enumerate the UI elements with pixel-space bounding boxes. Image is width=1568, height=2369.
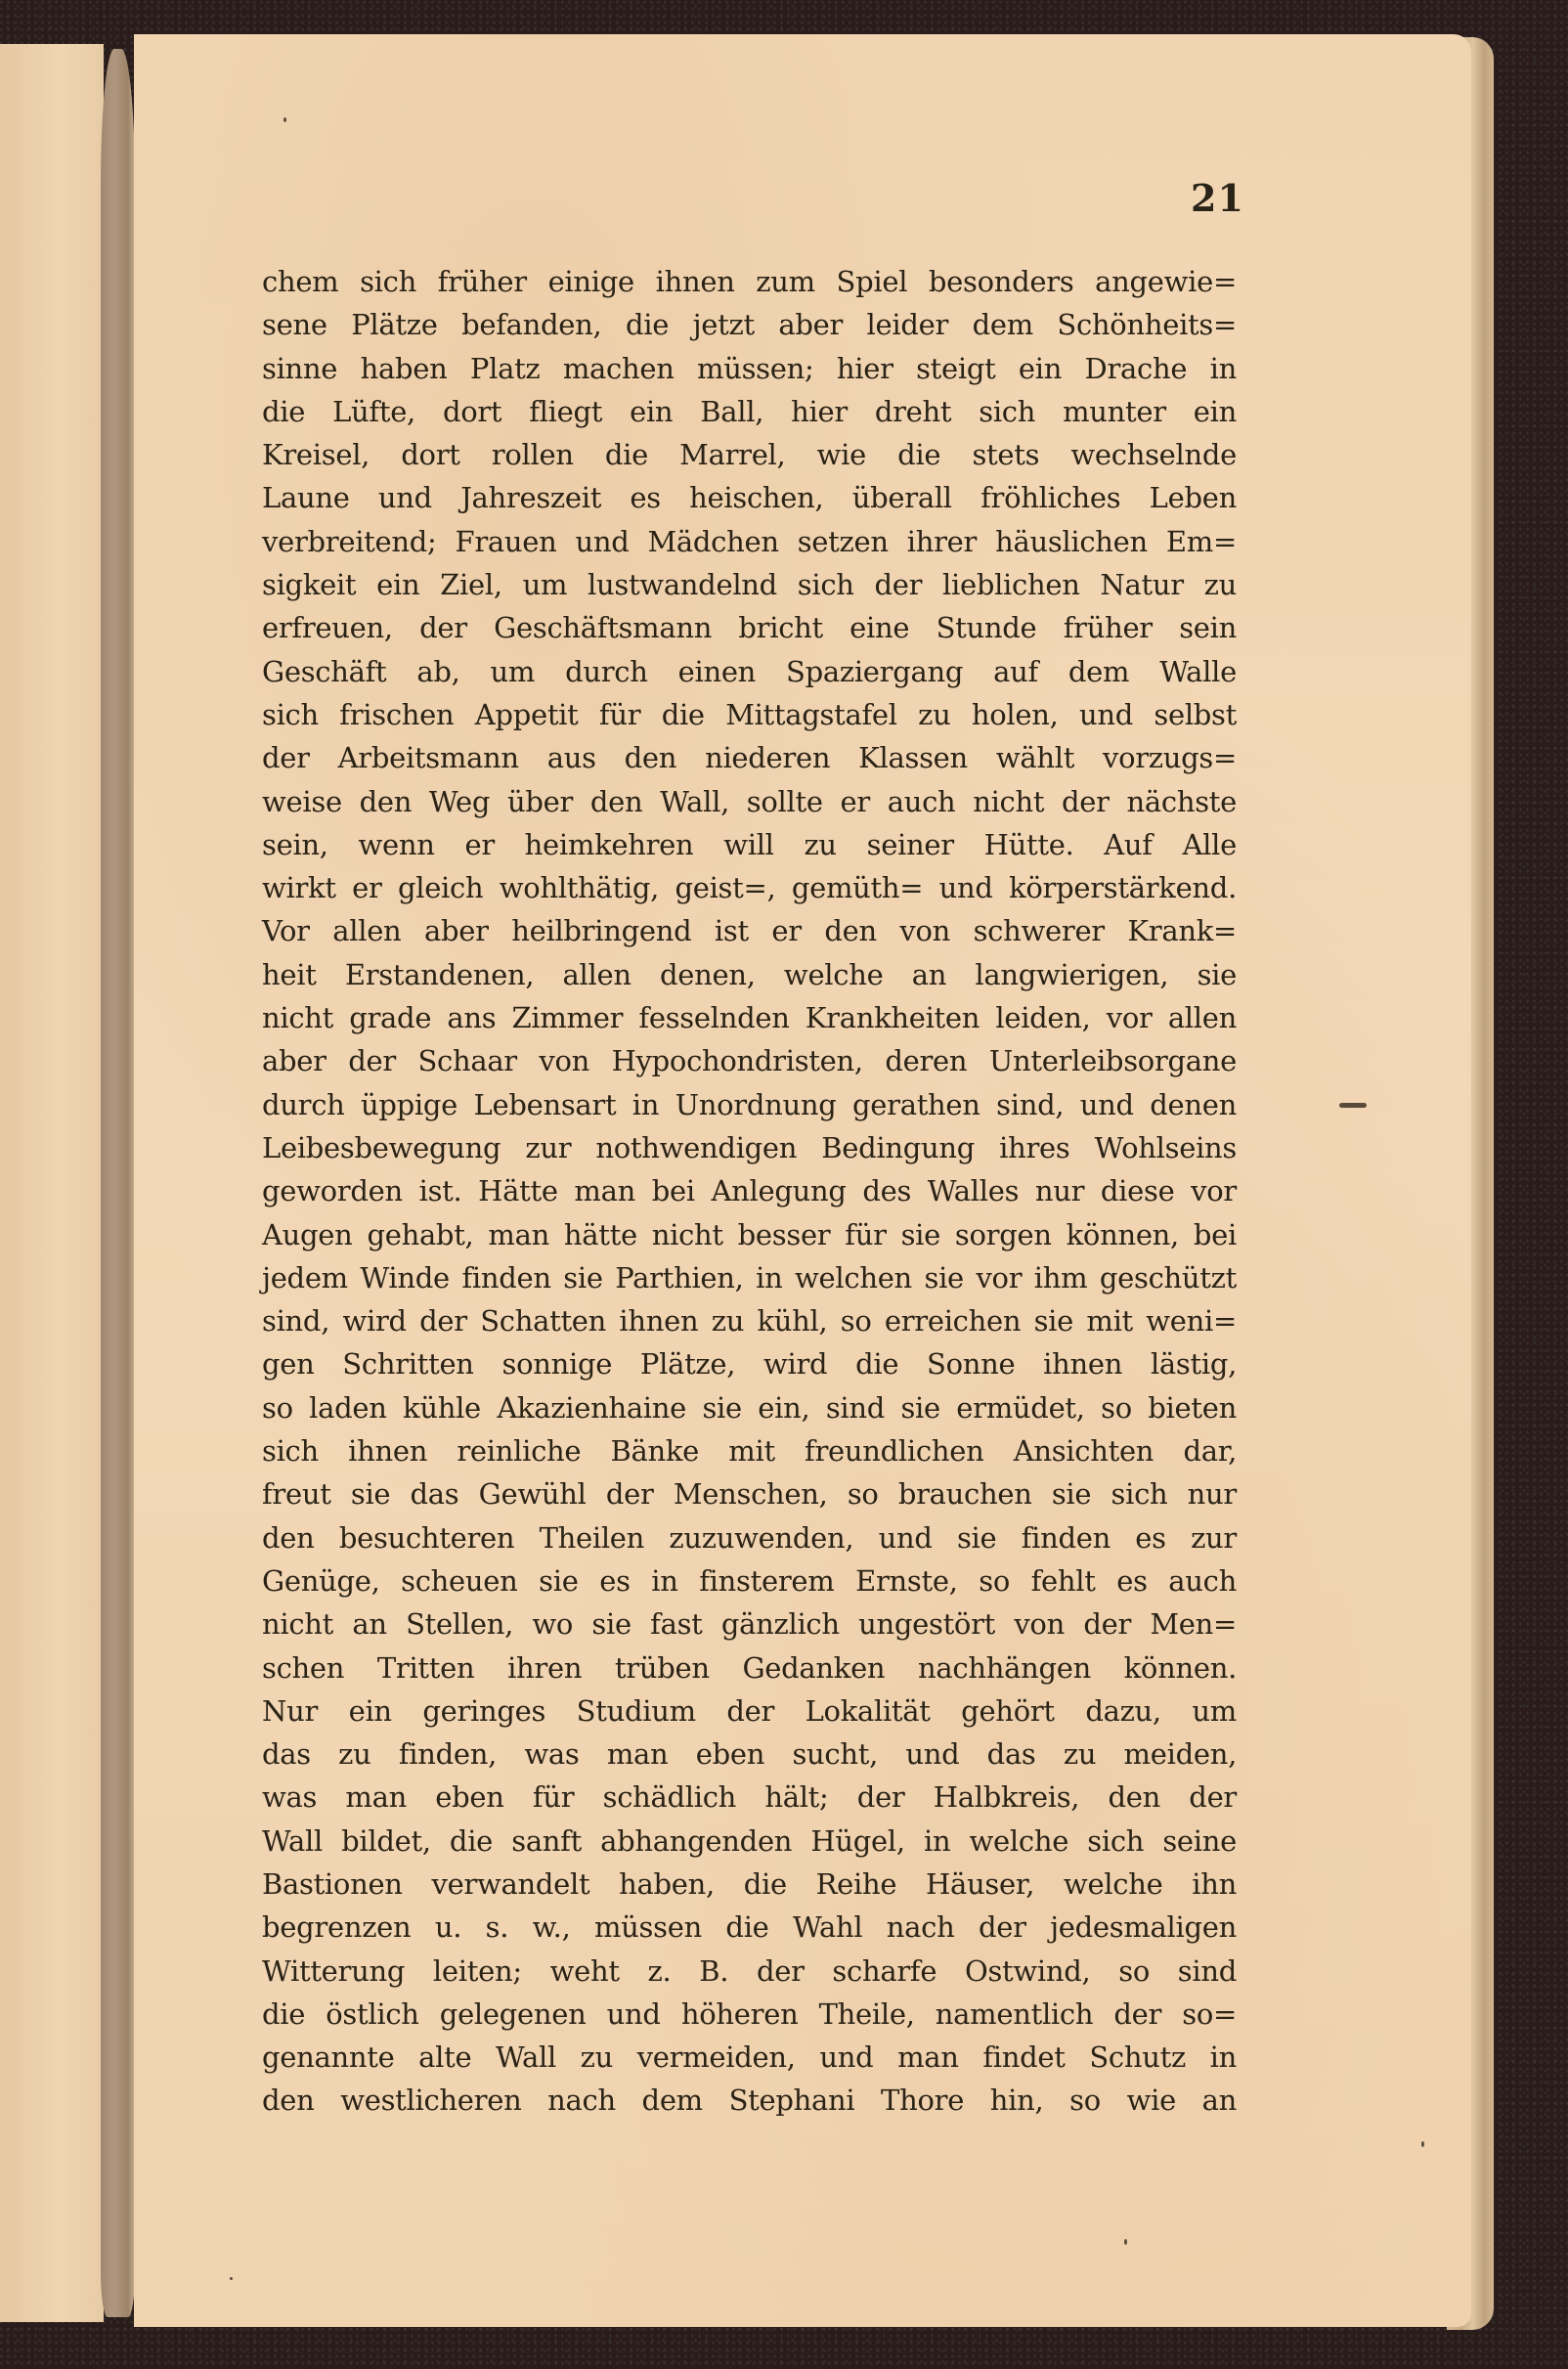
text-line: den westlicheren nach dem Stephani Thore… xyxy=(262,2079,1237,2122)
text-line: sich frischen Appetit für die Mittagstaf… xyxy=(262,693,1237,736)
text-line: was man eben für schädlich hält; der Hal… xyxy=(262,1776,1237,1819)
text-line: sinne haben Platz machen müssen; hier st… xyxy=(262,347,1237,390)
text-line: Nur ein geringes Studium der Lokalität g… xyxy=(262,1689,1237,1733)
text-line: das zu finden, was man eben sucht, und d… xyxy=(262,1733,1237,1776)
text-line: weise den Weg über den Wall, sollte er a… xyxy=(262,780,1237,823)
text-line: sind, wird der Schatten ihnen zu kühl, s… xyxy=(262,1299,1237,1342)
text-line: Bastionen verwandelt haben, die Reihe Hä… xyxy=(262,1863,1237,1906)
page-number: 21 xyxy=(1191,176,1244,220)
text-line: die Lüfte, dort fliegt ein Ball, hier dr… xyxy=(262,390,1237,433)
text-line: durch üppige Lebensart in Unordnung gera… xyxy=(262,1083,1237,1126)
text-line: sigkeit ein Ziel, um lustwandelnd sich d… xyxy=(262,563,1237,606)
text-line: schen Tritten ihren trüben Gedanken nach… xyxy=(262,1646,1237,1689)
body-text: chem sich früher einige ihnen zum Spiel … xyxy=(262,260,1237,2123)
text-line: genannte alte Wall zu vermeiden, und man… xyxy=(262,2036,1237,2079)
text-line: aber der Schaar von Hypochondristen, der… xyxy=(262,1039,1237,1082)
paper-speck xyxy=(283,117,286,122)
paper-speck xyxy=(1124,2239,1127,2245)
paper-speck xyxy=(1421,2141,1424,2147)
text-line: Kreisel, dort rollen die Marrel, wie die… xyxy=(262,433,1237,476)
text-line: sich ihnen reinliche Bänke mit freundlic… xyxy=(262,1429,1237,1472)
text-line: Wall bildet, die sanft abhangenden Hügel… xyxy=(262,1820,1237,1863)
text-line: den besuchteren Theilen zuzuwenden, und … xyxy=(262,1516,1237,1559)
text-line: so laden kühle Akazienhaine sie ein, sin… xyxy=(262,1386,1237,1429)
text-line: Vor allen aber heilbringend ist er den v… xyxy=(262,909,1237,952)
text-line: sene Plätze befanden, die jetzt aber lei… xyxy=(262,303,1237,346)
paper-speck xyxy=(230,2277,233,2280)
text-line: wirkt er gleich wohlthätig, geist=, gemü… xyxy=(262,866,1237,909)
text-line: gen Schritten sonnige Plätze, wird die S… xyxy=(262,1342,1237,1385)
text-line: Leibesbewegung zur nothwendigen Bedingun… xyxy=(262,1126,1237,1169)
text-line: nicht an Stellen, wo sie fast gänzlich u… xyxy=(262,1602,1237,1645)
text-line: die östlich gelegenen und höheren Theile… xyxy=(262,1993,1237,2036)
paper-speck xyxy=(1339,1103,1367,1108)
text-line: begrenzen u. s. w., müssen die Wahl nach… xyxy=(262,1906,1237,1949)
text-line: Genüge, scheuen sie es in finsterem Erns… xyxy=(262,1559,1237,1602)
text-line: jedem Winde finden sie Parthien, in welc… xyxy=(262,1256,1237,1299)
text-line: heit Erstandenen, allen denen, welche an… xyxy=(262,953,1237,996)
text-line: nicht grade ans Zimmer fesselnden Krankh… xyxy=(262,996,1237,1039)
text-line: Witterung leiten; weht z. B. der scharfe… xyxy=(262,1950,1237,1993)
text-line: geworden ist. Hätte man bei Anlegung des… xyxy=(262,1169,1237,1212)
text-line: verbreitend; Frauen und Mädchen setzen i… xyxy=(262,520,1237,563)
text-line: erfreuen, der Geschäftsmann bricht eine … xyxy=(262,606,1237,649)
text-line: Geschäft ab, um durch einen Spaziergang … xyxy=(262,650,1237,693)
text-line: der Arbeitsmann aus den niederen Klassen… xyxy=(262,736,1237,779)
text-line: sein, wenn er heimkehren will zu seiner … xyxy=(262,823,1237,866)
facing-page-edge xyxy=(0,44,104,2322)
text-line: freut sie das Gewühl der Menschen, so br… xyxy=(262,1472,1237,1515)
text-line: Laune und Jahreszeit es heischen, überal… xyxy=(262,476,1237,519)
book-gutter-shadow xyxy=(101,49,135,2317)
text-line: chem sich früher einige ihnen zum Spiel … xyxy=(262,260,1237,303)
text-line: Augen gehabt, man hätte nicht besser für… xyxy=(262,1213,1237,1256)
